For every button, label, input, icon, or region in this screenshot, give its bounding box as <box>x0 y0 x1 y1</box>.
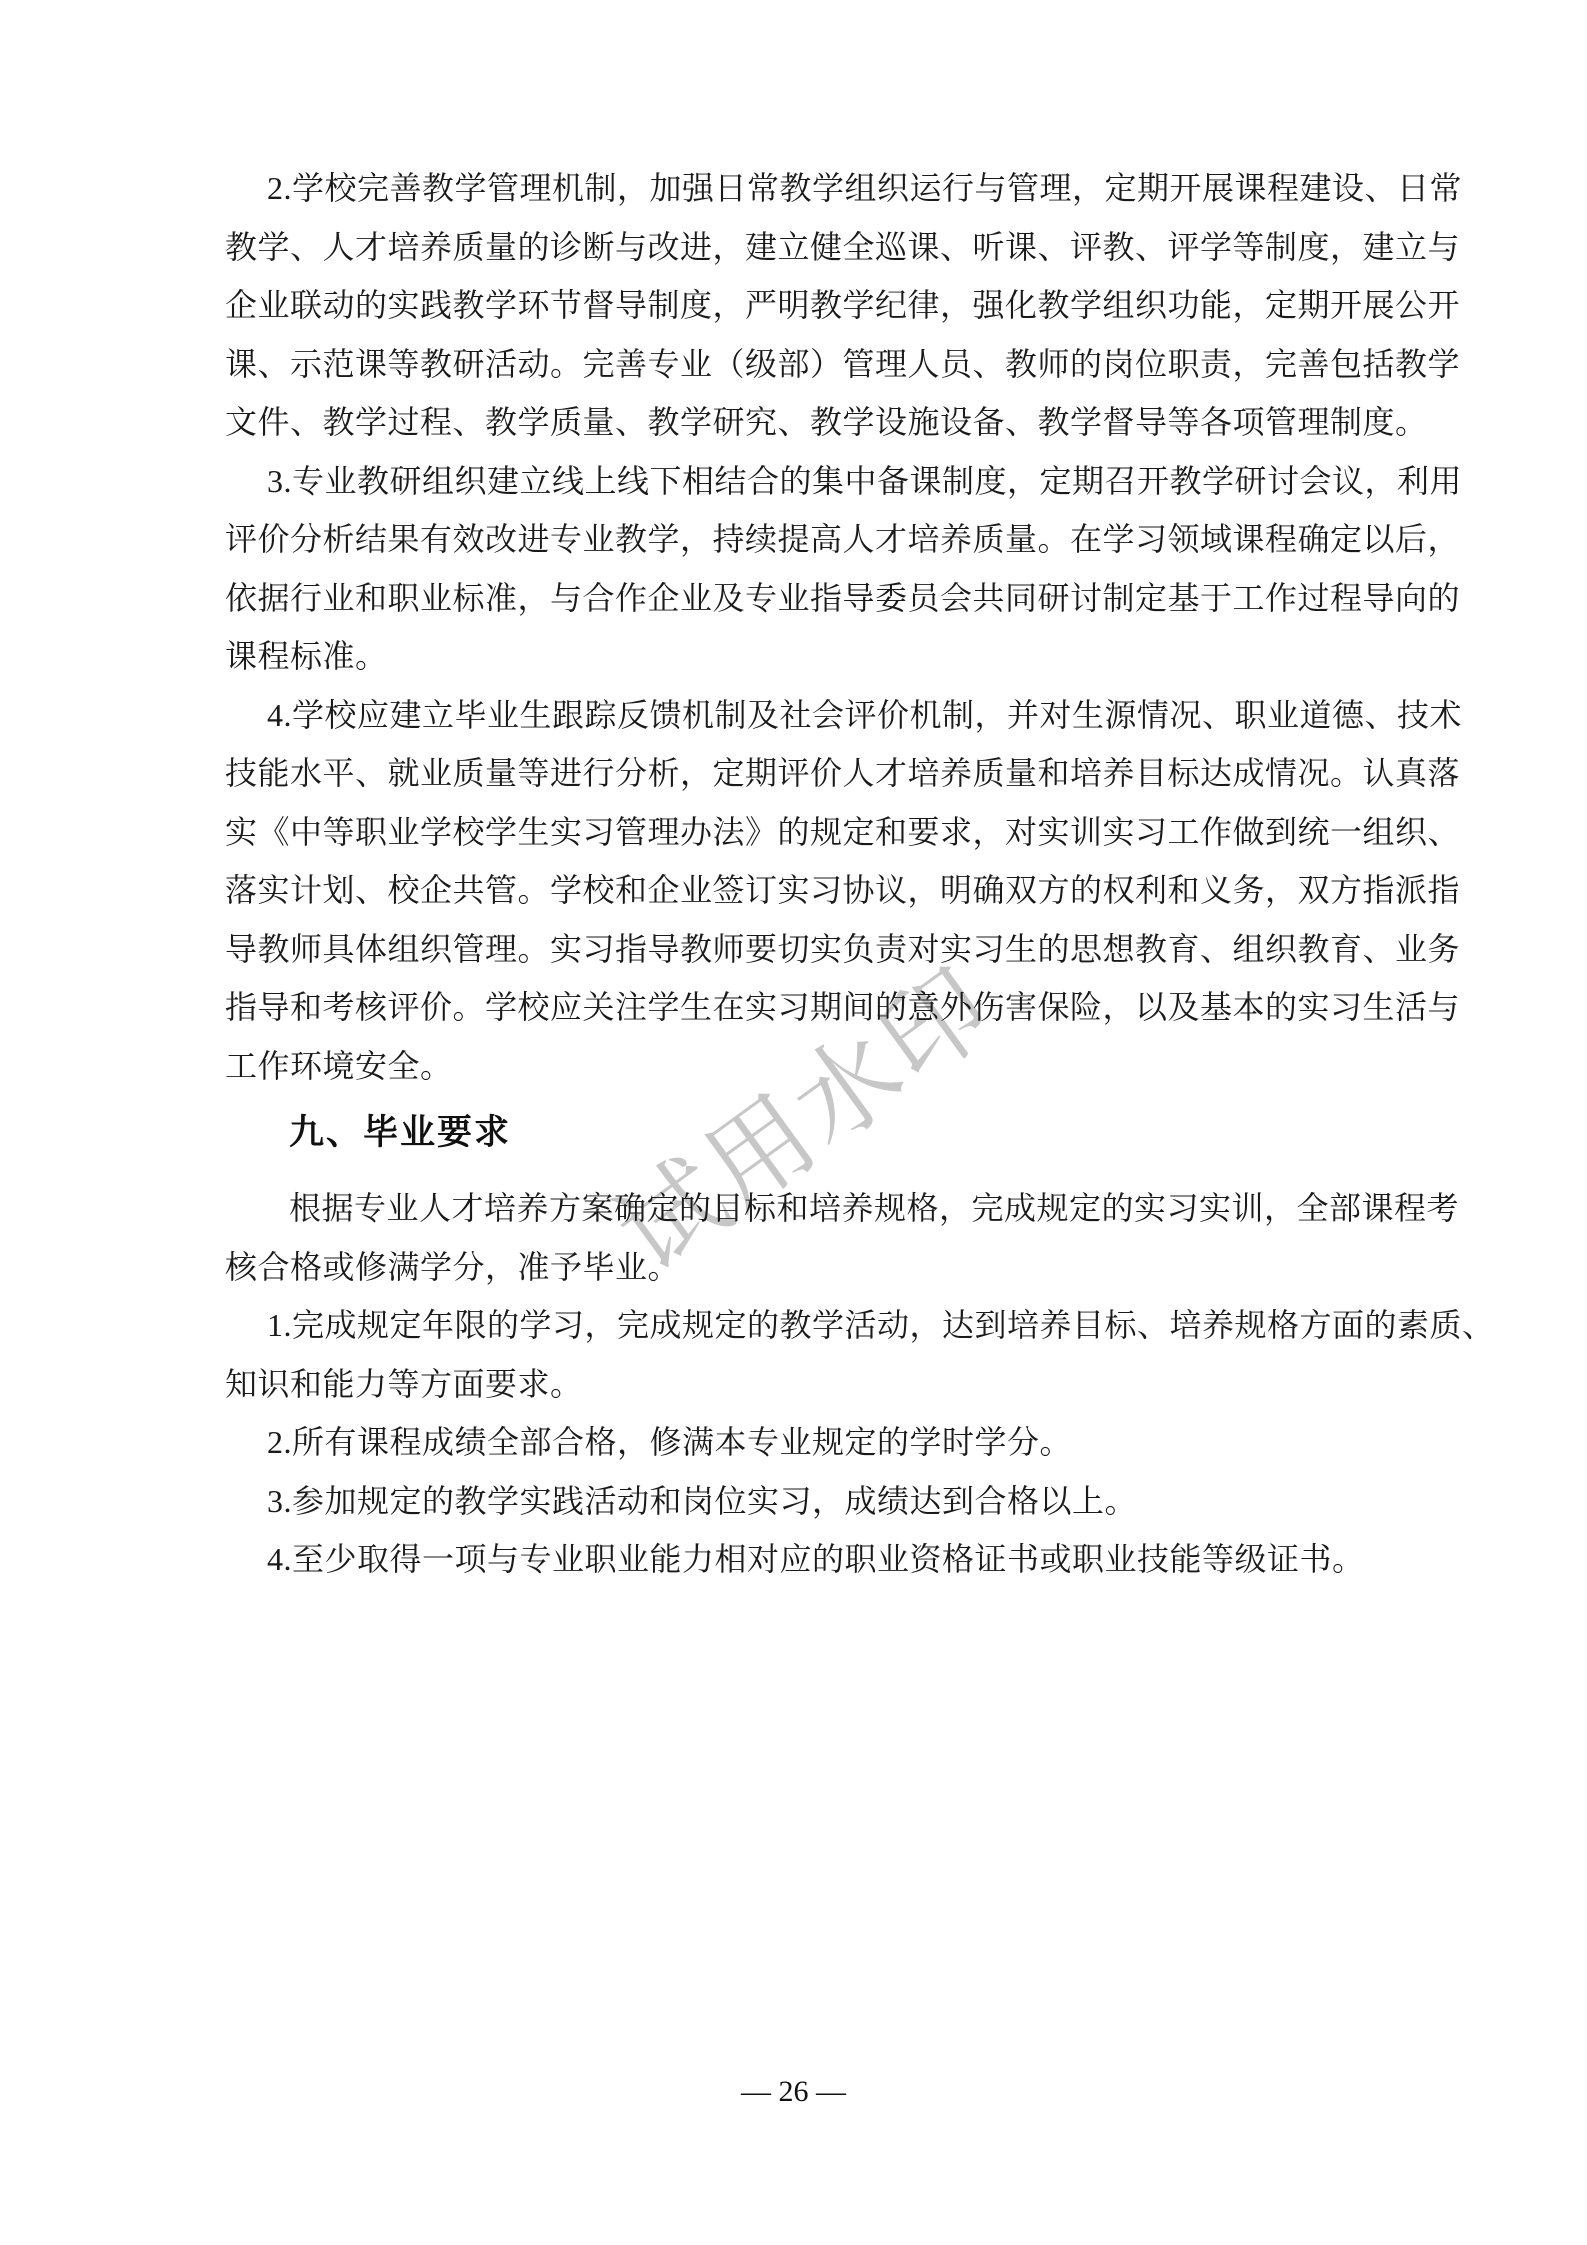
body-line: 知识和能力等方面要求。 <box>225 1355 1435 1414</box>
page-footer: — 26 — <box>0 2072 1587 2112</box>
body-line: 1.完成规定年限的学习，完成规定的教学活动，达到培养目标、培养规格方面的素质、 <box>225 1296 1435 1355</box>
document-body: 2.学校完善教学管理机制，加强日常教学组织运行与管理，定期开展课程建设、日常 教… <box>225 159 1435 1589</box>
body-line: 文件、教学过程、教学质量、教学研究、教学设施设备、教学督导等各项管理制度。 <box>225 393 1435 452</box>
body-line: 落实计划、校企共管。学校和企业签订实习协议，明确双方的权利和义务，双方指派指 <box>225 861 1435 920</box>
body-line: 4.至少取得一项与专业职业能力相对应的职业资格证书或职业技能等级证书。 <box>225 1530 1435 1589</box>
body-line: 2.所有课程成绩全部合格，修满本专业规定的学时学分。 <box>225 1413 1435 1472</box>
body-line: 导教师具体组织管理。实习指导教师要切实负责对实习生的思想教育、组织教育、业务 <box>225 920 1435 979</box>
body-line: 4.学校应建立毕业生跟踪反馈机制及社会评价机制，并对生源情况、职业道德、技术 <box>225 686 1435 745</box>
body-line: 课程标准。 <box>225 627 1435 686</box>
page-number: — 26 — <box>741 2075 846 2108</box>
section-heading-graduation-requirements: 九、毕业要求 <box>225 1098 1435 1168</box>
body-line: 2.学校完善教学管理机制，加强日常教学组织运行与管理，定期开展课程建设、日常 <box>225 159 1435 218</box>
body-line: 指导和考核评价。学校应关注学生在实习期间的意外伤害保险，以及基本的实习生活与 <box>225 978 1435 1037</box>
body-line: 企业联动的实践教学环节督导制度，严明教学纪律，强化教学组织功能，定期开展公开 <box>225 276 1435 335</box>
body-line: 评价分析结果有效改进专业教学，持续提高人才培养质量。在学习领域课程确定以后， <box>225 510 1435 569</box>
body-line: 3.专业教研组织建立线上线下相结合的集中备课制度，定期召开教学研讨会议，利用 <box>225 452 1435 511</box>
body-line: 根据专业人才培养方案确定的目标和培养规格，完成规定的实习实训，全部课程考 <box>225 1179 1435 1238</box>
body-line: 3.参加规定的教学实践活动和岗位实习，成绩达到合格以上。 <box>225 1472 1435 1531</box>
body-line: 实《中等职业学校学生实习管理办法》的规定和要求，对实训实习工作做到统一组织、 <box>225 803 1435 862</box>
body-line: 技能水平、就业质量等进行分析，定期评价人才培养质量和培养目标达成情况。认真落 <box>225 744 1435 803</box>
body-line: 依据行业和职业标准，与合作企业及专业指导委员会共同研讨制定基于工作过程导向的 <box>225 569 1435 628</box>
document-page: 试用水印 2.学校完善教学管理机制，加强日常教学组织运行与管理，定期开展课程建设… <box>0 0 1587 2245</box>
body-line: 核合格或修满学分，准予毕业。 <box>225 1238 1435 1297</box>
body-line: 课、示范课等教研活动。完善专业（级部）管理人员、教师的岗位职责，完善包括教学 <box>225 335 1435 394</box>
body-line: 教学、人才培养质量的诊断与改进，建立健全巡课、听课、评教、评学等制度，建立与 <box>225 218 1435 277</box>
body-line: 工作环境安全。 <box>225 1037 1435 1096</box>
